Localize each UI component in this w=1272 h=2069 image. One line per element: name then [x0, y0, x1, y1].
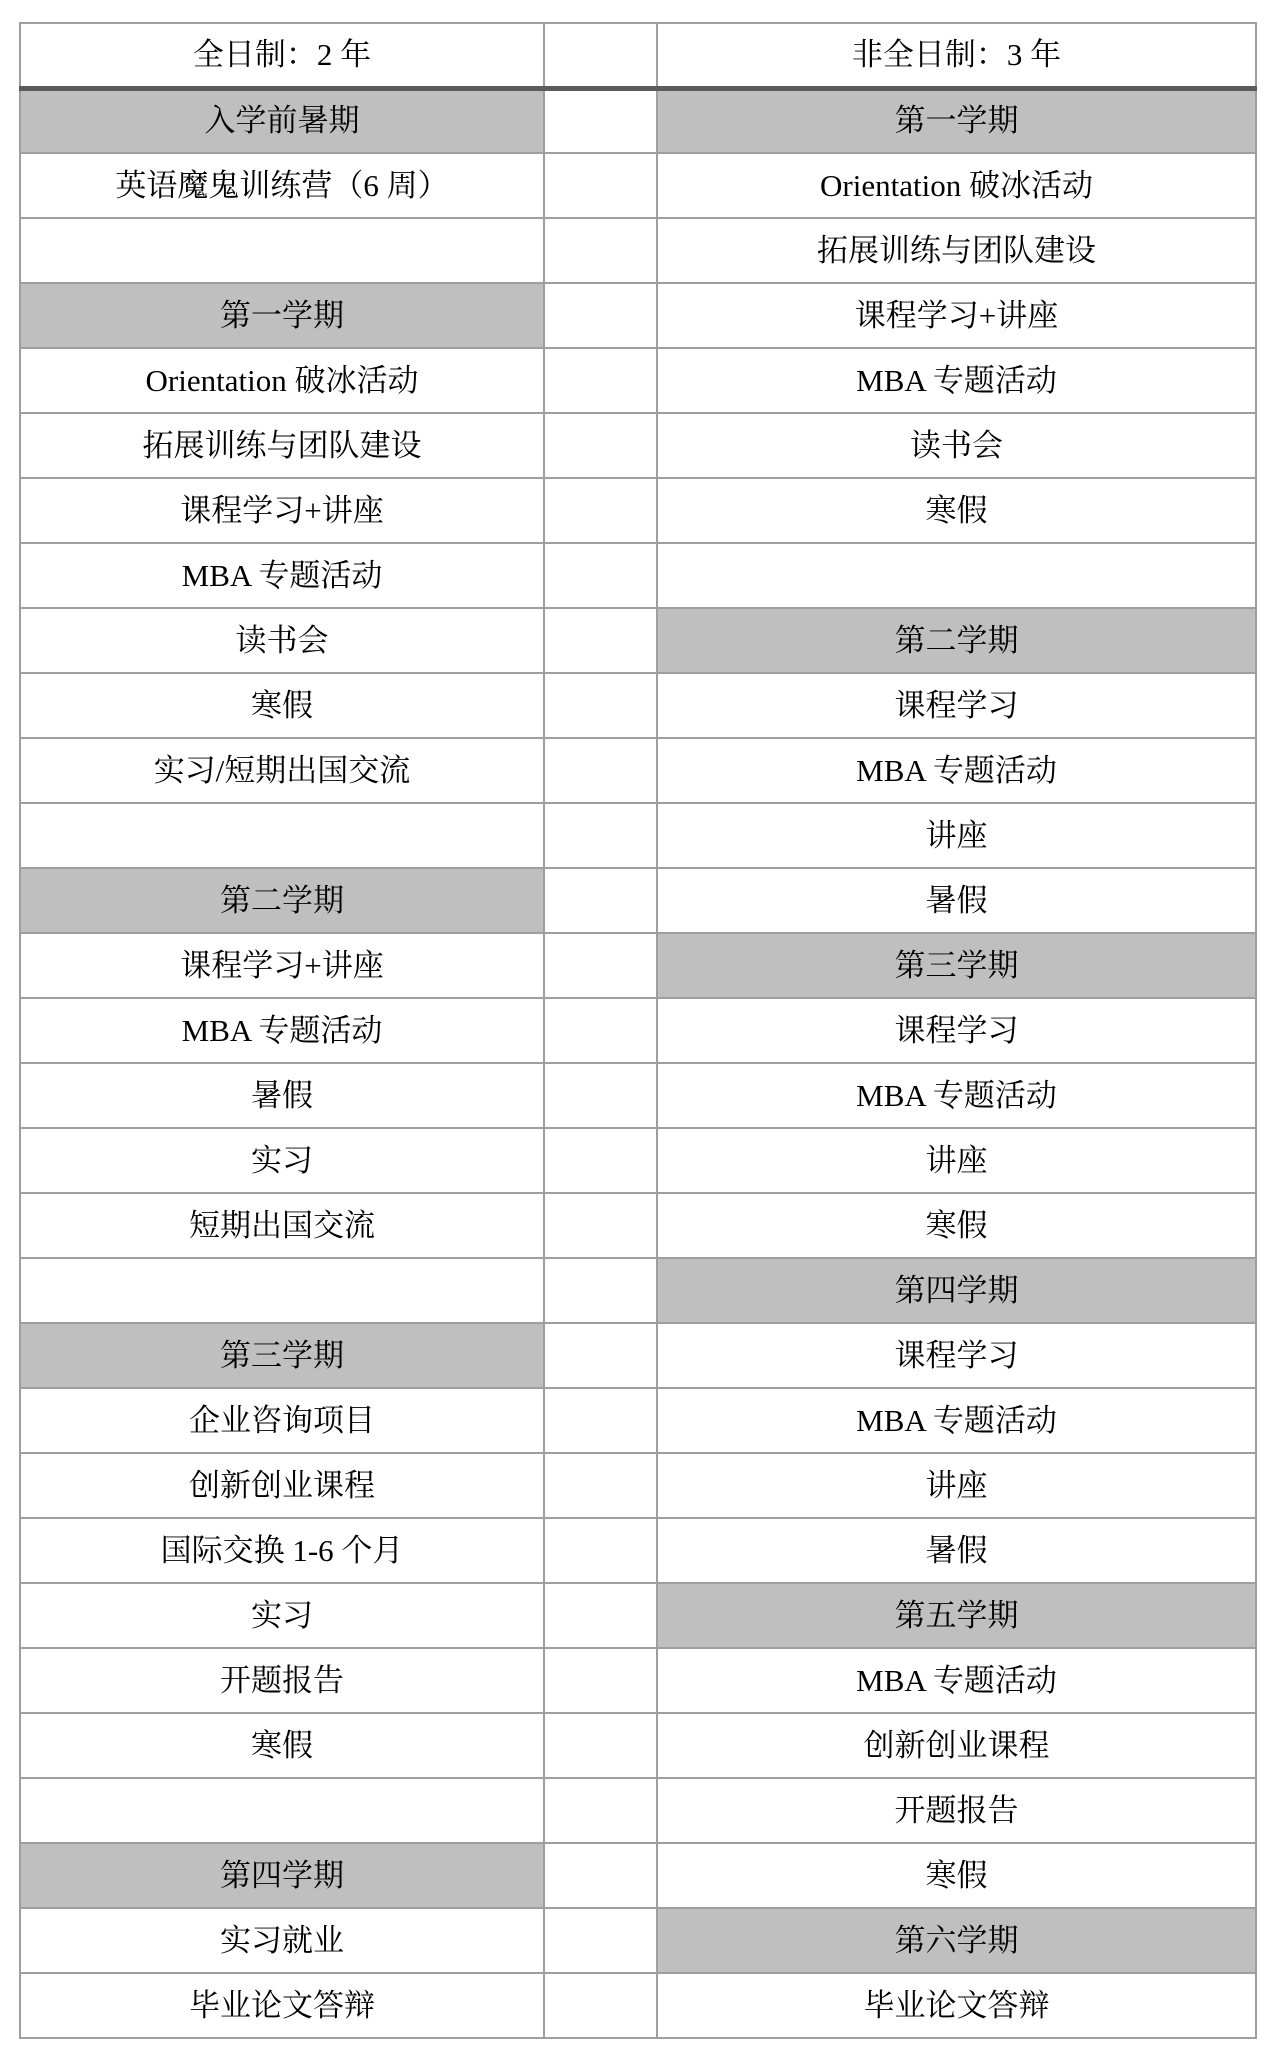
- fulltime-cell: MBA 专题活动: [20, 998, 544, 1063]
- spacer-cell: [544, 1648, 657, 1713]
- fulltime-cell: 实习: [20, 1128, 544, 1193]
- table-row: 寒假 创新创业课程: [20, 1713, 1256, 1778]
- fulltime-header-cell: 全日制：2 年: [20, 23, 544, 88]
- parttime-cell: 读书会: [657, 413, 1256, 478]
- parttime-cell: 第一学期: [657, 88, 1256, 153]
- fulltime-cell: 实习: [20, 1583, 544, 1648]
- table-row: 寒假 课程学习: [20, 673, 1256, 738]
- fulltime-cell: 读书会: [20, 608, 544, 673]
- fulltime-cell: 英语魔鬼训练营（6 周）: [20, 153, 544, 218]
- parttime-cell: 课程学习+讲座: [657, 283, 1256, 348]
- fulltime-cell: [20, 803, 544, 868]
- fulltime-cell: 企业咨询项目: [20, 1388, 544, 1453]
- spacer-cell: [544, 153, 657, 218]
- parttime-cell: 第五学期: [657, 1583, 1256, 1648]
- spacer-cell: [544, 1193, 657, 1258]
- table-row: 开题报告: [20, 1778, 1256, 1843]
- parttime-cell: 讲座: [657, 1453, 1256, 1518]
- spacer-cell: [544, 348, 657, 413]
- table-row: 拓展训练与团队建设 读书会: [20, 413, 1256, 478]
- table-row: 毕业论文答辩 毕业论文答辩: [20, 1973, 1256, 2038]
- spacer-cell: [544, 1713, 657, 1778]
- parttime-cell: MBA 专题活动: [657, 348, 1256, 413]
- table-row: 短期出国交流 寒假: [20, 1193, 1256, 1258]
- spacer-cell: [544, 283, 657, 348]
- parttime-cell: 寒假: [657, 1193, 1256, 1258]
- parttime-cell: 暑假: [657, 1518, 1256, 1583]
- spacer-cell: [544, 1128, 657, 1193]
- fulltime-cell: Orientation 破冰活动: [20, 348, 544, 413]
- parttime-cell: 寒假: [657, 1843, 1256, 1908]
- spacer-cell: [544, 478, 657, 543]
- fulltime-cell: [20, 218, 544, 283]
- fulltime-cell: 实习/短期出国交流: [20, 738, 544, 803]
- spacer-cell: [544, 1388, 657, 1453]
- fulltime-cell: 第一学期: [20, 283, 544, 348]
- spacer-cell: [544, 738, 657, 803]
- table-row: 国际交换 1-6 个月 暑假: [20, 1518, 1256, 1583]
- table-row: 英语魔鬼训练营（6 周） Orientation 破冰活动: [20, 153, 1256, 218]
- fulltime-cell: 课程学习+讲座: [20, 933, 544, 998]
- fulltime-cell: 拓展训练与团队建设: [20, 413, 544, 478]
- parttime-cell: 课程学习: [657, 673, 1256, 738]
- spacer-cell: [544, 413, 657, 478]
- table-row: 第二学期 暑假: [20, 868, 1256, 933]
- spacer-cell: [544, 1973, 657, 2038]
- table-row: 实习 第五学期: [20, 1583, 1256, 1648]
- parttime-cell: 讲座: [657, 1128, 1256, 1193]
- parttime-cell: MBA 专题活动: [657, 1648, 1256, 1713]
- table-row: 实习就业 第六学期: [20, 1908, 1256, 1973]
- parttime-cell: MBA 专题活动: [657, 738, 1256, 803]
- parttime-cell: MBA 专题活动: [657, 1388, 1256, 1453]
- table-row: 开题报告 MBA 专题活动: [20, 1648, 1256, 1713]
- spacer-cell: [544, 608, 657, 673]
- spacer-cell: [544, 218, 657, 283]
- parttime-header-cell: 非全日制：3 年: [657, 23, 1256, 88]
- table-row: 第四学期: [20, 1258, 1256, 1323]
- table-row: 拓展训练与团队建设: [20, 218, 1256, 283]
- parttime-cell: [657, 543, 1256, 608]
- parttime-cell: 课程学习: [657, 1323, 1256, 1388]
- parttime-cell: 讲座: [657, 803, 1256, 868]
- table-row: MBA 专题活动: [20, 543, 1256, 608]
- table-row: 课程学习+讲座 寒假: [20, 478, 1256, 543]
- fulltime-cell: 毕业论文答辩: [20, 1973, 544, 2038]
- schedule-table: 全日制：2 年 非全日制：3 年 入学前暑期 第一学期 英语魔鬼训练营（6 周）…: [19, 22, 1257, 2039]
- parttime-cell: 寒假: [657, 478, 1256, 543]
- table-row: 课程学习+讲座 第三学期: [20, 933, 1256, 998]
- table-row: 暑假 MBA 专题活动: [20, 1063, 1256, 1128]
- table-row: 企业咨询项目 MBA 专题活动: [20, 1388, 1256, 1453]
- fulltime-cell: 实习就业: [20, 1908, 544, 1973]
- table-row: Orientation 破冰活动 MBA 专题活动: [20, 348, 1256, 413]
- table-row: MBA 专题活动 课程学习: [20, 998, 1256, 1063]
- table-row: 全日制：2 年 非全日制：3 年: [20, 23, 1256, 88]
- table-row: 第三学期 课程学习: [20, 1323, 1256, 1388]
- table-row: 读书会 第二学期: [20, 608, 1256, 673]
- table-row: 讲座: [20, 803, 1256, 868]
- spacer-cell: [544, 1063, 657, 1128]
- spacer-cell: [544, 88, 657, 153]
- spacer-cell: [544, 998, 657, 1063]
- spacer-cell: [544, 868, 657, 933]
- spacer-cell: [544, 673, 657, 738]
- spacer-cell: [544, 543, 657, 608]
- parttime-cell: Orientation 破冰活动: [657, 153, 1256, 218]
- fulltime-cell: 寒假: [20, 673, 544, 738]
- table-row: 第四学期 寒假: [20, 1843, 1256, 1908]
- parttime-cell: 拓展训练与团队建设: [657, 218, 1256, 283]
- parttime-cell: 开题报告: [657, 1778, 1256, 1843]
- parttime-cell: 第三学期: [657, 933, 1256, 998]
- table-row: 实习/短期出国交流 MBA 专题活动: [20, 738, 1256, 803]
- parttime-cell: 毕业论文答辩: [657, 1973, 1256, 2038]
- table-row: 第一学期 课程学习+讲座: [20, 283, 1256, 348]
- spacer-cell: [544, 1258, 657, 1323]
- spacer-cell: [544, 1453, 657, 1518]
- spacer-cell: [544, 1908, 657, 1973]
- parttime-cell: 创新创业课程: [657, 1713, 1256, 1778]
- parttime-cell: 第四学期: [657, 1258, 1256, 1323]
- fulltime-cell: MBA 专题活动: [20, 543, 544, 608]
- spacer-cell: [544, 1518, 657, 1583]
- spacer-cell: [544, 803, 657, 868]
- parttime-cell: 暑假: [657, 868, 1256, 933]
- fulltime-cell: 寒假: [20, 1713, 544, 1778]
- table-row: 实习 讲座: [20, 1128, 1256, 1193]
- parttime-cell: 第二学期: [657, 608, 1256, 673]
- fulltime-cell: 开题报告: [20, 1648, 544, 1713]
- fulltime-cell: 第二学期: [20, 868, 544, 933]
- fulltime-cell: 暑假: [20, 1063, 544, 1128]
- spacer-cell: [544, 933, 657, 998]
- parttime-cell: 第六学期: [657, 1908, 1256, 1973]
- spacer-cell: [544, 1778, 657, 1843]
- fulltime-cell: 第三学期: [20, 1323, 544, 1388]
- table-row: 入学前暑期 第一学期: [20, 88, 1256, 153]
- parttime-cell: 课程学习: [657, 998, 1256, 1063]
- fulltime-cell: 短期出国交流: [20, 1193, 544, 1258]
- fulltime-cell: 国际交换 1-6 个月: [20, 1518, 544, 1583]
- fulltime-cell: 第四学期: [20, 1843, 544, 1908]
- table-row: 创新创业课程 讲座: [20, 1453, 1256, 1518]
- spacer-cell: [544, 1583, 657, 1648]
- spacer-cell: [544, 1843, 657, 1908]
- fulltime-cell: 课程学习+讲座: [20, 478, 544, 543]
- fulltime-cell: 入学前暑期: [20, 88, 544, 153]
- spacer-cell: [544, 23, 657, 88]
- spacer-cell: [544, 1323, 657, 1388]
- fulltime-cell: [20, 1258, 544, 1323]
- fulltime-cell: 创新创业课程: [20, 1453, 544, 1518]
- fulltime-cell: [20, 1778, 544, 1843]
- parttime-cell: MBA 专题活动: [657, 1063, 1256, 1128]
